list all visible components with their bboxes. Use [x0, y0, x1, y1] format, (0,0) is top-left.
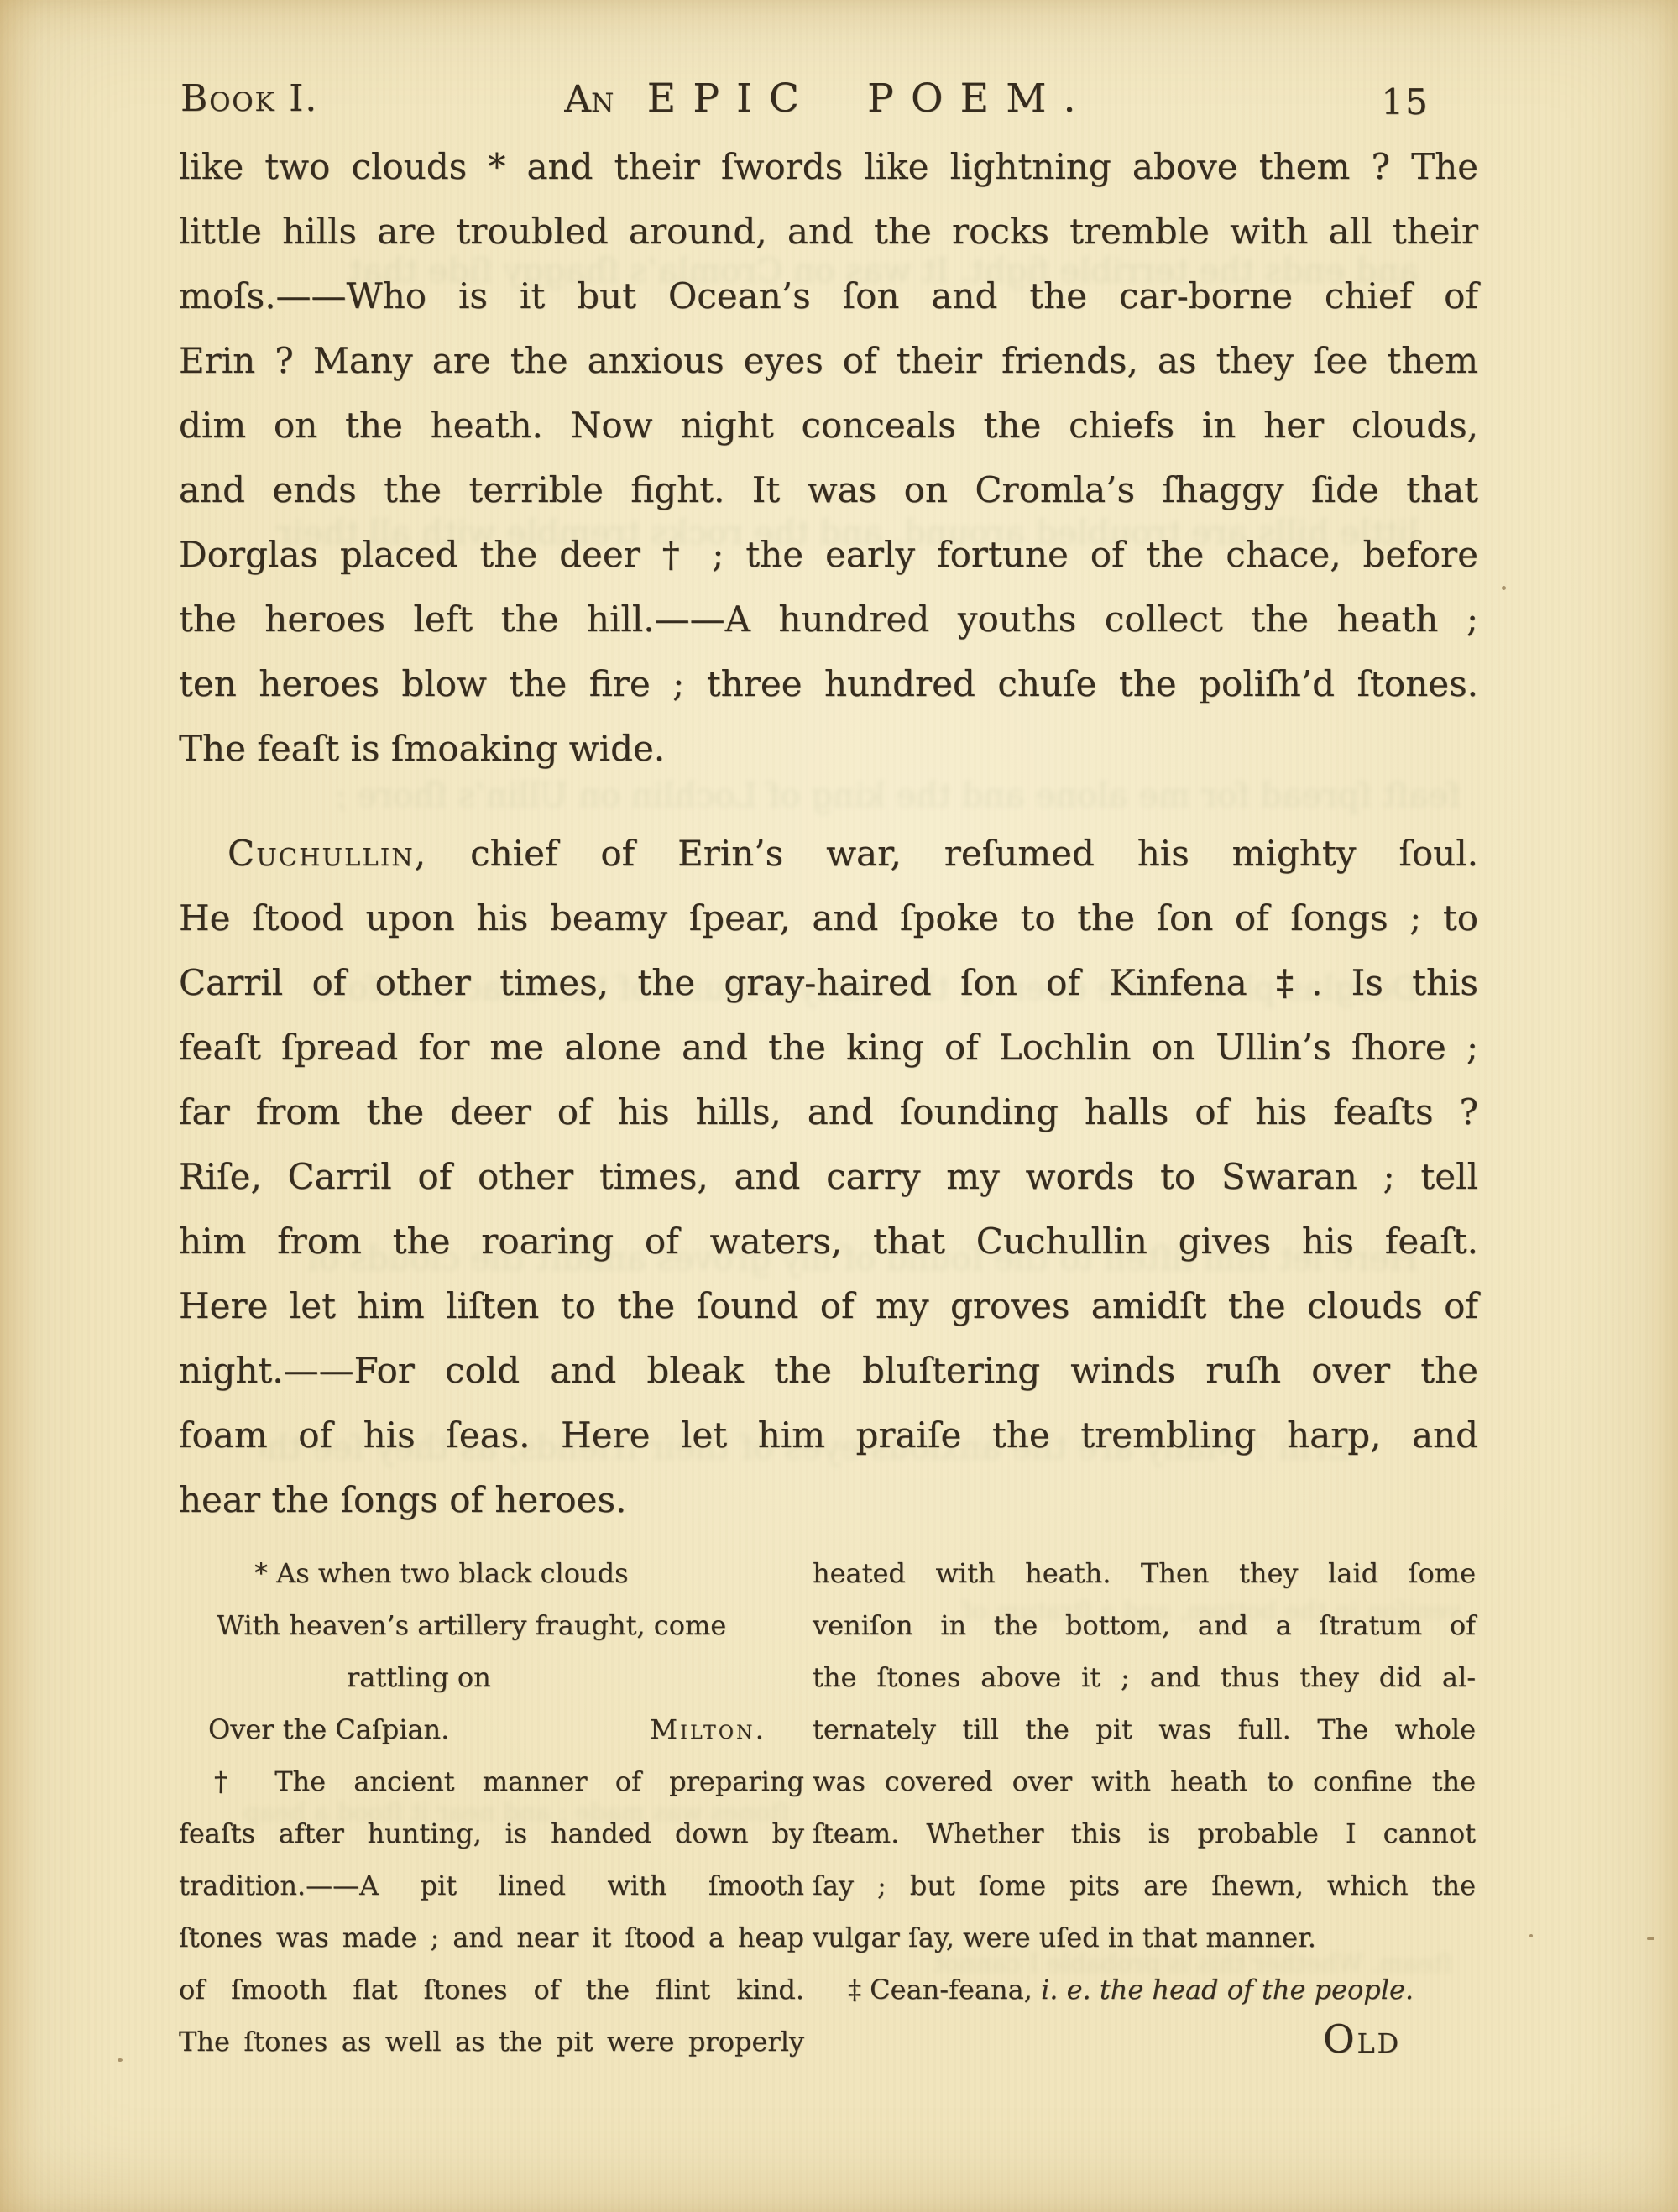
text-line: like two clouds * and their ſwords like …: [179, 134, 1478, 199]
text-line: dim on the heath. Now night conceals the…: [179, 393, 1478, 458]
text-fragment: chief of Erin’s war, reſumed his mighty …: [470, 833, 1478, 874]
text-line: ten heroes blow the fire ; three hundred…: [179, 651, 1478, 716]
title-text: EPIC POEM.: [647, 76, 1093, 122]
page-number: 15: [1381, 77, 1430, 128]
text-line: and ends the terrible fight. It was on C…: [179, 458, 1478, 522]
text-line: The feaſt is ſmoaking wide.: [179, 716, 1478, 781]
text-line: foam of his ſeas. Here let him praiſe th…: [179, 1403, 1478, 1467]
book-label: Book I.: [180, 74, 318, 124]
footnote-verse-line: * As when two black clouds: [179, 1547, 804, 1599]
text-line: little hills are troubled around, and th…: [179, 199, 1478, 264]
footnote-line: ſteam. Whether this is probable I cannot: [813, 1807, 1476, 1859]
footnote-line: feaſts after hunting, is handed down by: [179, 1807, 804, 1859]
footnote-citation-row: Over the Caſpian. Milton.: [179, 1703, 804, 1755]
title-article: An: [564, 78, 614, 121]
small-caps-word: Cuchullin,: [227, 833, 427, 874]
citation-source: Over the Caſpian.: [208, 1703, 449, 1755]
text-line: He ſtood upon his beamy ſpear, and ſpoke…: [179, 886, 1478, 950]
footnote-line: ſay ; but ſome pits are ſhewn, which the: [813, 1859, 1476, 1911]
text-line: Here let him liſten to the ſound of my g…: [179, 1273, 1478, 1338]
footnote-verse-line: With heaven’s artillery fraught, come: [179, 1599, 804, 1651]
text-line: hear the ſongs of heroes.: [179, 1467, 1478, 1532]
text-line: night.——For cold and bleak the bluſterin…: [179, 1338, 1478, 1403]
footnote-line: vulgar ſay, were uſed in that manner.: [813, 1911, 1476, 1964]
paper-speck: [1647, 1937, 1654, 1940]
text-line: Erin ? Many are the anxious eyes of thei…: [179, 328, 1478, 393]
footnote-column-left: * As when two black clouds With heaven’s…: [179, 1547, 804, 2068]
footnote-line: † The ancient manner of preparing: [179, 1755, 804, 1807]
citation-author: Milton.: [650, 1703, 766, 1755]
footnote-lead: ‡ Cean-feana,: [848, 1974, 1032, 2005]
paragraph-2: Cuchullin, chief of Erin’s war, reſumed …: [179, 821, 1478, 1532]
running-header: Book I. AnEPIC POEM. 15: [179, 74, 1478, 124]
footnote-line: veniſon in the bottom, and a ſtratum of: [813, 1599, 1476, 1651]
footnote-column-right: heated with heath. Then they laid ſome v…: [813, 1547, 1476, 2016]
footnote-line: was covered over with heath to confine t…: [813, 1755, 1476, 1807]
text-line: Dorglas placed the deer † ; the early fo…: [179, 522, 1478, 587]
footnote-line: heated with heath. Then they laid ſome: [813, 1547, 1476, 1599]
footnote-line: ſtones was made ; and near it ſtood a he…: [179, 1911, 804, 1964]
text-line: Carril of other times, the gray-haired ſ…: [179, 950, 1478, 1015]
text-line: moſs.——Who is it but Ocean’s ſon and the…: [179, 264, 1478, 328]
text-line: Cuchullin, chief of Erin’s war, reſumed …: [179, 821, 1478, 886]
footnote-line: The ſtones as well as the pit were prope…: [179, 2016, 804, 2068]
text-line: the heroes left the hill.——A hundred you…: [179, 587, 1478, 651]
text-line: feaſt ſpread for me alone and the king o…: [179, 1015, 1478, 1080]
paper-speck: [118, 2058, 123, 2062]
footnote-line: ternately till the pit was full. The who…: [813, 1703, 1476, 1755]
footnote-line: the ſtones above it ; and thus they did …: [813, 1651, 1476, 1703]
book-page-scan: and ends the terrible fight. It was on C…: [0, 0, 1678, 2212]
show-through-text: feaſt ſpread for me alone and the king o…: [201, 777, 1461, 815]
catchword: Old: [1323, 2016, 1401, 2062]
footnote-verse-line: rattling on: [179, 1651, 804, 1703]
paragraph-1: like two clouds * and their ſwords like …: [179, 134, 1478, 781]
page-title: AnEPIC POEM.: [564, 74, 1092, 125]
text-line: Riſe, Carril of other times, and carry m…: [179, 1144, 1478, 1209]
text-line: far from the deer of his hills, and ſoun…: [179, 1080, 1478, 1144]
footnote-line: tradition.——A pit lined with ſmooth: [179, 1859, 804, 1911]
footnote-line: of ſmooth flat ſtones of the flint kind.: [179, 1964, 804, 2016]
text-line: him from the roaring of waters, that Cuc…: [179, 1209, 1478, 1273]
paper-speck: [1529, 1934, 1533, 1937]
footnote-line: ‡ Cean-feana, i. e. the head of the peop…: [813, 1964, 1476, 2016]
paper-speck: [1502, 586, 1506, 590]
footnote-italic-gloss: i. e. the head of the people.: [1041, 1974, 1414, 2005]
